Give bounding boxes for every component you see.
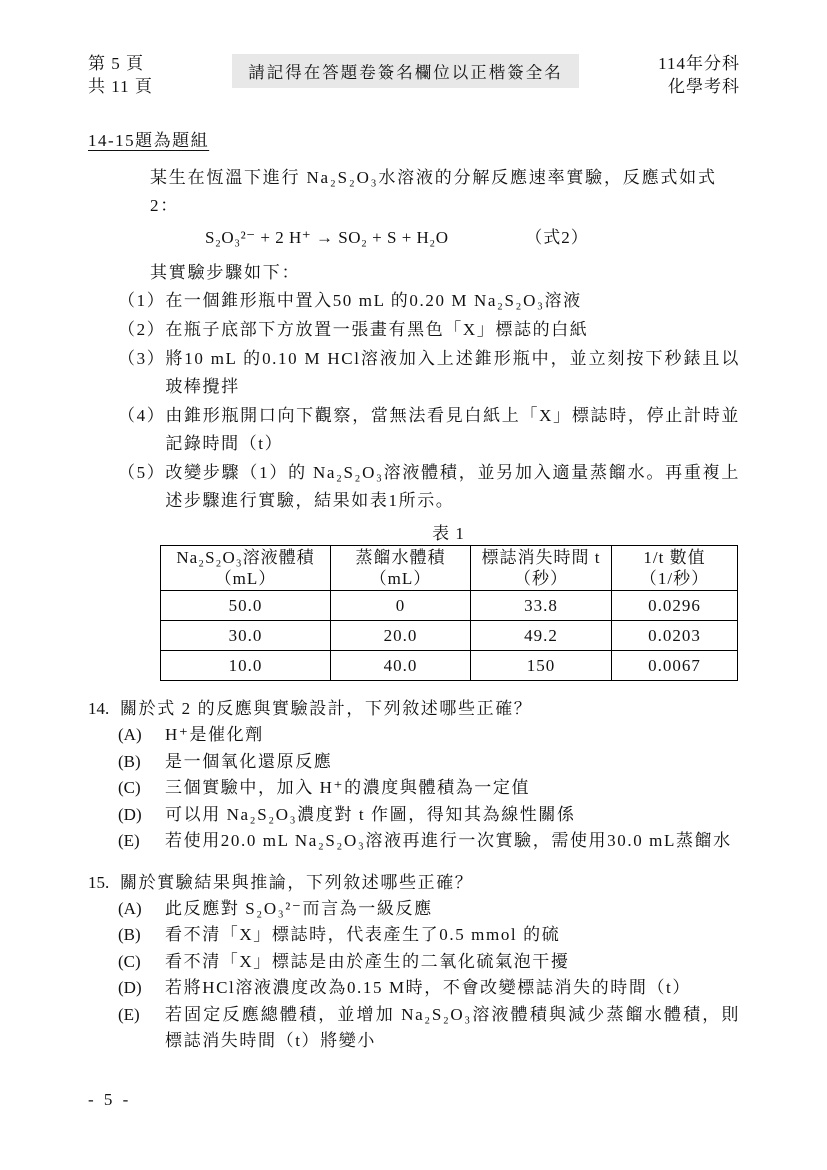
question-number: 15. (88, 869, 120, 896)
table-row: 50.0 0 33.8 0.0296 (161, 591, 738, 621)
option-item: (D) 若將HCl溶液濃度改為0.15 M時，不會改變標誌消失的時間（t） (88, 975, 740, 1002)
table-header-cell: Na₂S₂O₃溶液體積 （mL） (161, 546, 331, 591)
option-item: (A) 此反應對 S₂O₃²⁻而言為一級反應 (88, 896, 740, 923)
table-cell: 0 (331, 591, 471, 621)
header-cell-line1: 1/t 數值 (614, 547, 735, 568)
header-cell-line1: 蒸餾水體積 (333, 547, 468, 568)
option-item: (E) 若固定反應總體積，並增加 Na₂S₂O₃溶液體積與減少蒸餾水體積，則標誌… (88, 1002, 740, 1055)
page-number-line2: 共 11 頁 (88, 75, 153, 98)
equation-row: S₂O₃²⁻ + 2 H⁺ → SO₂ + S + H₂O （式2） (88, 225, 740, 251)
step-number: （2） (118, 316, 165, 344)
table-header-cell: 1/t 數值 （1/秒） (612, 546, 738, 591)
question-block-15: 15. 關於實驗結果與推論，下列敘述哪些正確？ (A) 此反應對 S₂O₃²⁻而… (88, 869, 740, 1055)
option-label: (C) (118, 949, 165, 976)
step-item: （4） 由錐形瓶開口向下觀察，當無法看見白紙上「X」標誌時，停止計時並記錄時間（… (88, 402, 740, 458)
option-text: 看不清「X」標誌是由於產生的二氧化硫氣泡干擾 (165, 949, 740, 976)
option-label: (C) (118, 775, 165, 802)
question-block-14: 14. 關於式 2 的反應與實驗設計，下列敘述哪些正確？ (A) H⁺是催化劑 … (88, 695, 740, 855)
step-text: 改變步驟（1）的 Na₂S₂O₃溶液體積，並另加入適量蒸餾水。再重複上述步驟進行… (165, 459, 740, 515)
option-label: (A) (118, 896, 165, 923)
header-cell-line2: （1/秒） (614, 568, 735, 589)
page-footer: - 5 - (88, 1090, 131, 1110)
option-label: (B) (118, 922, 165, 949)
table-cell: 0.0067 (612, 651, 738, 681)
step-text: 由錐形瓶開口向下觀察，當無法看見白紙上「X」標誌時，停止計時並記錄時間（t） (165, 402, 740, 458)
option-item: (B) 看不清「X」標誌時，代表產生了0.5 mmol 的硫 (88, 922, 740, 949)
header-cell-line2: （秒） (473, 568, 609, 589)
step-number: （3） (118, 345, 165, 401)
header-cell-line2: （mL） (333, 568, 468, 589)
option-text: 可以用 Na₂S₂O₃濃度對 t 作圖，得知其為線性關係 (165, 802, 740, 829)
option-text: 此反應對 S₂O₃²⁻而言為一級反應 (165, 896, 740, 923)
equation-label: （式2） (525, 228, 589, 247)
option-label: (E) (118, 828, 165, 855)
step-text: 將10 mL 的0.10 M HCl溶液加入上述錐形瓶中，並立刻按下秒錶且以玻棒… (165, 345, 740, 401)
table-header-cell: 標誌消失時間 t （秒） (471, 546, 612, 591)
table-cell: 49.2 (471, 621, 612, 651)
option-item: (D) 可以用 Na₂S₂O₃濃度對 t 作圖，得知其為線性關係 (88, 802, 740, 829)
option-label: (E) (118, 1002, 165, 1055)
step-item: （2） 在瓶子底部下方放置一張畫有黑色「X」標誌的白紙 (88, 316, 740, 344)
step-number: （1） (118, 287, 165, 315)
option-label: (D) (118, 802, 165, 829)
results-table: Na₂S₂O₃溶液體積 （mL） 蒸餾水體積 （mL） 標誌消失時間 t （秒）… (160, 545, 738, 681)
option-text: H⁺是催化劑 (165, 722, 740, 749)
table-cell: 40.0 (331, 651, 471, 681)
table-header-row: Na₂S₂O₃溶液體積 （mL） 蒸餾水體積 （mL） 標誌消失時間 t （秒）… (161, 546, 738, 591)
table-header-cell: 蒸餾水體積 （mL） (331, 546, 471, 591)
page-number-block: 第 5 頁 共 11 頁 (88, 52, 153, 98)
question-stem: 關於實驗結果與推論，下列敘述哪些正確？ (120, 869, 473, 896)
table-caption: 表 1 (160, 523, 737, 545)
option-label: (A) (118, 722, 165, 749)
table-cell: 20.0 (331, 621, 471, 651)
header-cell-line1: Na₂S₂O₃溶液體積 (163, 547, 328, 568)
exam-title-block: 114年分科 化學考科 (658, 52, 740, 98)
table-cell: 0.0296 (612, 591, 738, 621)
question-group-title: 14-15題為題組 (88, 126, 740, 151)
step-text: 在瓶子底部下方放置一張畫有黑色「X」標誌的白紙 (165, 316, 740, 344)
exam-title-line1: 114年分科 (658, 52, 740, 75)
table-cell: 30.0 (161, 621, 331, 651)
table-cell: 33.8 (471, 591, 612, 621)
step-number: （5） (118, 459, 165, 515)
option-text: 三個實驗中，加入 H⁺的濃度與體積為一定值 (165, 775, 740, 802)
table-cell: 10.0 (161, 651, 331, 681)
step-item: （5） 改變步驟（1）的 Na₂S₂O₃溶液體積，並另加入適量蒸餾水。再重複上述… (88, 459, 740, 515)
question-number: 14. (88, 695, 120, 722)
option-item: (C) 三個實驗中，加入 H⁺的濃度與體積為一定值 (88, 775, 740, 802)
option-item: (C) 看不清「X」標誌是由於產生的二氧化硫氣泡干擾 (88, 949, 740, 976)
steps-intro: 其實驗步驟如下： (88, 260, 740, 286)
step-item: （3） 將10 mL 的0.10 M HCl溶液加入上述錐形瓶中，並立刻按下秒錶… (88, 345, 740, 401)
option-text: 看不清「X」標誌時，代表產生了0.5 mmol 的硫 (165, 922, 740, 949)
step-text: 在一個錐形瓶中置入50 mL 的0.20 M Na₂S₂O₃溶液 (165, 287, 740, 315)
exam-title-line2: 化學考科 (658, 75, 740, 98)
option-label: (B) (118, 749, 165, 776)
step-number: （4） (118, 402, 165, 458)
option-text: 若固定反應總體積，並增加 Na₂S₂O₃溶液體積與減少蒸餾水體積，則標誌消失時間… (165, 1002, 740, 1055)
page-number-line1: 第 5 頁 (88, 52, 153, 75)
table-cell: 150 (471, 651, 612, 681)
page-header: 第 5 頁 共 11 頁 請記得在答題卷簽名欄位以正楷簽全名 114年分科 化學… (88, 52, 740, 102)
table-row: 30.0 20.0 49.2 0.0203 (161, 621, 738, 651)
option-item: (B) 是一個氧化還原反應 (88, 749, 740, 776)
header-cell-line1: 標誌消失時間 t (473, 547, 609, 568)
option-item: (A) H⁺是催化劑 (88, 722, 740, 749)
option-item: (E) 若使用20.0 mL Na₂S₂O₃溶液再進行一次實驗，需使用30.0 … (88, 828, 740, 855)
option-text: 若將HCl溶液濃度改為0.15 M時，不會改變標誌消失的時間（t） (165, 975, 740, 1002)
option-text: 是一個氧化還原反應 (165, 749, 740, 776)
option-text: 若使用20.0 mL Na₂S₂O₃溶液再進行一次實驗，需使用30.0 mL蒸餾… (165, 828, 740, 855)
table-cell: 0.0203 (612, 621, 738, 651)
exam-page: 第 5 頁 共 11 頁 請記得在答題卷簽名欄位以正楷簽全名 114年分科 化學… (0, 0, 827, 1170)
question-stem-row: 14. 關於式 2 的反應與實驗設計，下列敘述哪些正確？ (88, 695, 740, 722)
table-cell: 50.0 (161, 591, 331, 621)
table-row: 10.0 40.0 150 0.0067 (161, 651, 738, 681)
signature-notice: 請記得在答題卷簽名欄位以正楷簽全名 (232, 54, 579, 88)
question-stem: 關於式 2 的反應與實驗設計，下列敘述哪些正確？ (120, 695, 532, 722)
question-stem-row: 15. 關於實驗結果與推論，下列敘述哪些正確？ (88, 869, 740, 896)
header-cell-line2: （mL） (163, 568, 328, 589)
intro-paragraph: 某生在恆溫下進行 Na₂S₂O₃水溶液的分解反應速率實驗，反應式如式 2： (88, 164, 740, 220)
step-item: （1） 在一個錐形瓶中置入50 mL 的0.20 M Na₂S₂O₃溶液 (88, 287, 740, 315)
reaction-equation: S₂O₃²⁻ + 2 H⁺ → SO₂ + S + H₂O (205, 228, 449, 247)
option-label: (D) (118, 975, 165, 1002)
